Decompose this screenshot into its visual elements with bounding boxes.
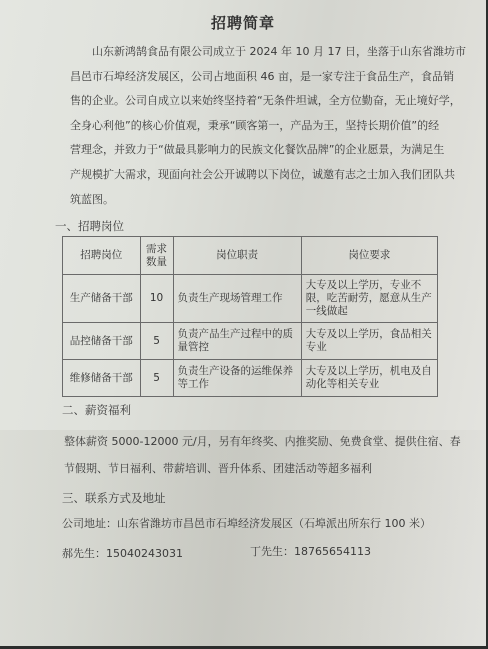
cell-position: 品控储备干部 [63, 323, 141, 360]
contact-phone: 15040243031 [106, 547, 183, 560]
intro-line: 产规模扩大需求，现面向社会公开诚聘以下岗位，诚邀有志之士加入我们团队共 [70, 163, 430, 188]
header-position: 招聘岗位 [63, 237, 141, 275]
cell-position: 维修储备干部 [63, 360, 141, 397]
salary-line: 节假期、节日福利、带薪培训、晋升体系、团建活动等超多福利 [64, 460, 372, 476]
contact-label: 郝先生： [62, 547, 106, 560]
contact-phone: 18765654113 [294, 545, 371, 558]
contact-hao: 郝先生：15040243031 [62, 545, 183, 561]
intro-line: 全身心利他”的核心价值观，秉承“顾客第一，产品为王，坚持长期价值”的经 [70, 114, 430, 139]
contact-ding: 丁先生：18765654113 [250, 543, 371, 559]
table-row: 维修储备干部 5 负责生产设备的运维保养等工作 大专及以上学历，机电及自动化等相… [63, 360, 438, 397]
cell-duty: 负责生产设备的运维保养等工作 [173, 360, 301, 397]
intro-line: 售的企业。公司自成立以来始终坚持着“无条件坦诚，全方位勤奋，无止境好学， [70, 89, 430, 114]
company-address: 公司地址：山东省潍坊市昌邑市石埠经济发展区（石埠派出所东行 100 米） [62, 515, 431, 531]
cell-count: 5 [140, 323, 173, 360]
cell-requirement: 大专及以上学历，食品相关专业 [301, 323, 437, 360]
intro-paragraph: 山东新鸿鹄食品有限公司成立于 2024 年 10 月 17 日，坐落于山东省潍坊… [70, 40, 430, 212]
intro-line: 营理念，并致力于“做最具影响力的民族文化餐饮品牌”的企业愿景，为满足生 [70, 138, 430, 163]
cell-requirement: 大专及以上学历，机电及自动化等相关专业 [301, 360, 437, 397]
cell-count: 10 [140, 275, 173, 323]
table-header-row: 招聘岗位 需求数量 岗位职责 岗位要求 [63, 237, 438, 275]
table-row: 生产储备干部 10 负责生产现场管理工作 大专及以上学历，专业不限，吃苦耐劳，愿… [63, 275, 438, 323]
cell-count: 5 [140, 360, 173, 397]
header-duty: 岗位职责 [173, 237, 301, 275]
contact-label: 丁先生： [250, 545, 294, 558]
cell-duty: 负责产品生产过程中的质量管控 [173, 323, 301, 360]
intro-line: 筑蓝图。 [70, 188, 430, 213]
cell-position: 生产储备干部 [63, 275, 141, 323]
document-title: 招聘简章 [0, 12, 486, 33]
section-heading-positions: 一、招聘岗位 [55, 218, 124, 234]
header-count: 需求数量 [140, 237, 173, 275]
section-heading-salary: 二、薪资福利 [62, 402, 131, 418]
intro-line: 山东新鸿鹄食品有限公司成立于 2024 年 10 月 17 日，坐落于山东省潍坊… [70, 40, 430, 65]
cell-requirement: 大专及以上学历，专业不限，吃苦耐劳，愿意从生产一线做起 [301, 275, 437, 323]
section-heading-contact: 三、联系方式及地址 [62, 490, 166, 506]
salary-line: 整体薪资 5000-12000 元/月，另有年终奖、内推奖励、免费食堂、提供住宿… [64, 433, 461, 449]
intro-line: 昌邑市石埠经济发展区，公司占地面积 46 亩，是一家专注于食品生产，食品销 [70, 65, 430, 90]
cell-duty: 负责生产现场管理工作 [173, 275, 301, 323]
table-row: 品控储备干部 5 负责产品生产过程中的质量管控 大专及以上学历，食品相关专业 [63, 323, 438, 360]
header-requirement: 岗位要求 [301, 237, 437, 275]
document-page: 招聘简章 山东新鸿鹄食品有限公司成立于 2024 年 10 月 17 日，坐落于… [0, 0, 486, 646]
positions-table: 招聘岗位 需求数量 岗位职责 岗位要求 生产储备干部 10 负责生产现场管理工作… [62, 236, 438, 397]
